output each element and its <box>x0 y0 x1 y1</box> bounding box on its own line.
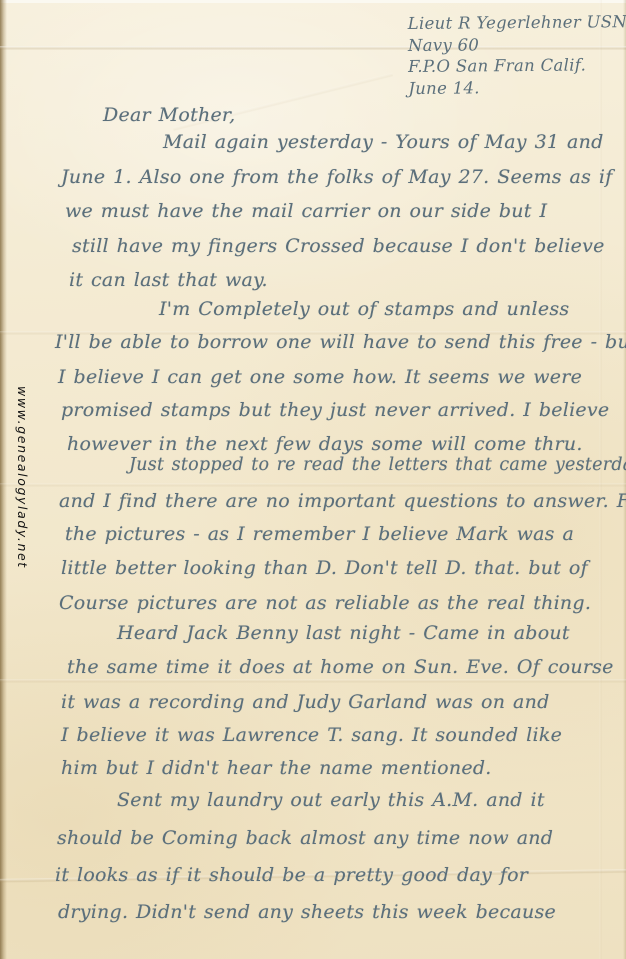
letter-line: June 1. Also one from the folks of May 2… <box>61 166 613 188</box>
letter-line: we must have the mail carrier on our sid… <box>65 200 547 222</box>
letter-line: promised stamps but they just never arri… <box>61 399 609 421</box>
letter-line: little better looking than D. Don't tell… <box>61 557 588 579</box>
letter-line: I'm Completely out of stamps and unless <box>159 298 569 320</box>
letter-line: I'll be able to borrow one will have to … <box>55 331 626 353</box>
scan-top-edge <box>0 0 626 3</box>
letter-line: the pictures - as I remember I believe M… <box>65 523 574 545</box>
letter-line: Mail again yesterday - Yours of May 31 a… <box>163 131 604 153</box>
letter-line: it can last that way. <box>69 269 268 291</box>
letter-line: I believe it was Lawrence T. sang. It so… <box>61 724 562 746</box>
letter-line: should be Coming back almost any time no… <box>57 827 553 849</box>
letter-line: Heard Jack Benny last night - Came in ab… <box>117 622 570 644</box>
letter-line: him but I didn't hear the name mentioned… <box>61 757 492 779</box>
letter-line: the same time it does at home on Sun. Ev… <box>67 656 614 678</box>
address-line-unit: Navy 60 <box>408 32 626 56</box>
letter-line: Just stopped to re read the letters that… <box>129 455 626 475</box>
letter-scan: www.genealogylady.net Lieut R Yegerlehne… <box>0 0 626 959</box>
letter-line: Sent my laundry out early this A.M. and … <box>117 789 545 811</box>
letter-line: however in the next few days some will c… <box>67 433 583 455</box>
address-line-fpo: F.P.O San Fran Calif. <box>408 54 626 78</box>
letter-body: Dear Mother,Mail again yesterday - Yours… <box>55 104 615 954</box>
address-line-sender: Lieut R Yegerlehner USNR <box>408 11 626 35</box>
address-block: Lieut R Yegerlehner USNR Navy 60 F.P.O S… <box>408 11 626 99</box>
letter-line: and I find there are no important questi… <box>59 490 626 512</box>
watermark-url: www.genealogylady.net <box>15 386 30 569</box>
letter-line: drying. Didn't send any sheets this week… <box>58 901 556 923</box>
letter-line: Dear Mother, <box>103 104 235 126</box>
scan-left-edge <box>0 0 7 959</box>
letter-line: Course pictures are not as reliable as t… <box>59 592 591 614</box>
letter-line: I believe I can get one some how. It see… <box>58 366 582 388</box>
letter-line: it looks as if it should be a pretty goo… <box>55 864 528 886</box>
letter-line: it was a recording and Judy Garland was … <box>61 691 549 713</box>
letter-line: still have my fingers Crossed because I … <box>72 235 605 257</box>
date-line: June 14. <box>408 75 626 99</box>
